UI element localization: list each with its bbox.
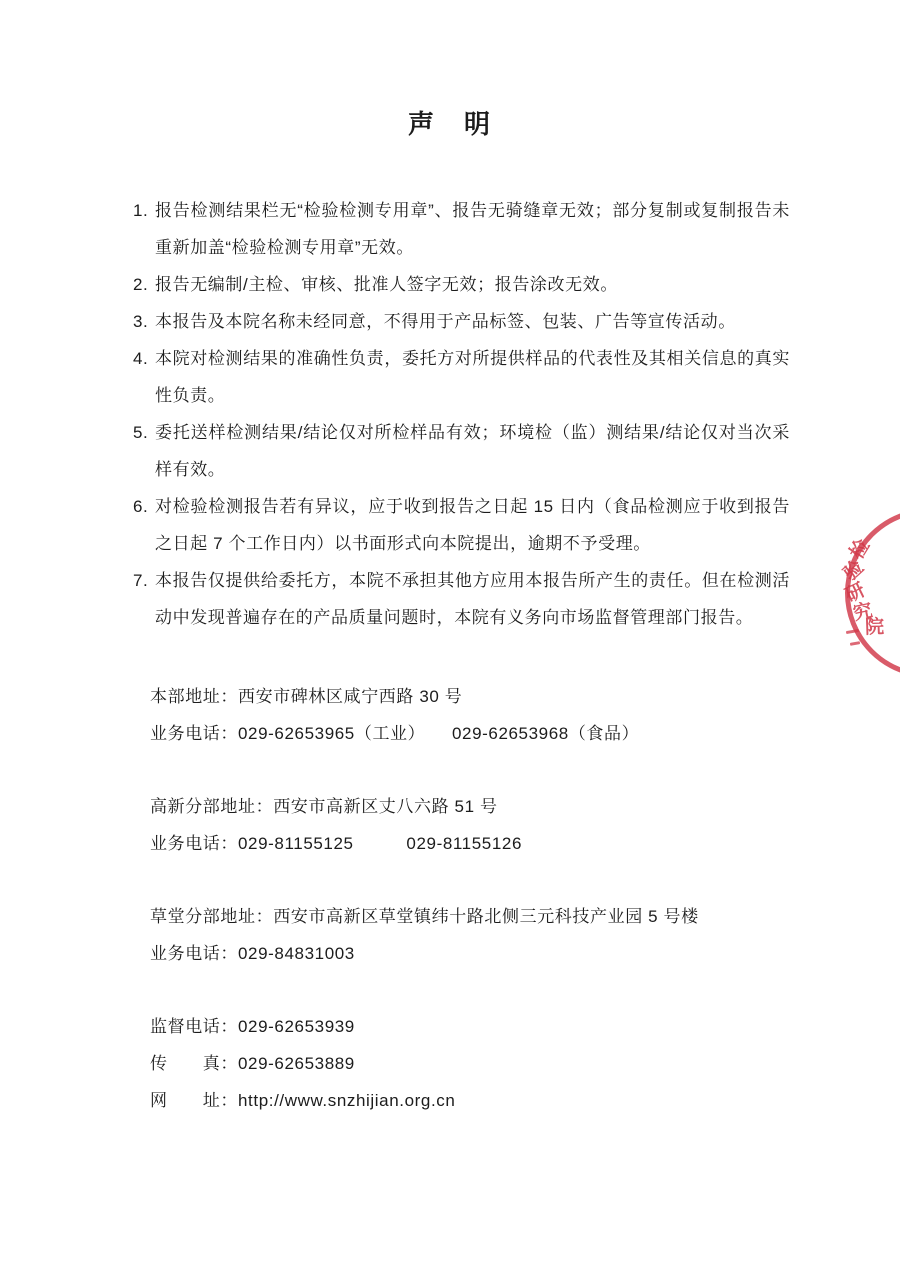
statement-list: 1. 报告检测结果栏无“检验检测专用章”、报告无骑缝章无效；部分复制或复制报告未…: [133, 192, 790, 636]
item-text: 委托送样检测结果/结论仅对所检样品有效；环境检（监）测结果/结论仅对当次采样有效…: [155, 414, 790, 488]
statement-item-1: 1. 报告检测结果栏无“检验检测专用章”、报告无骑缝章无效；部分复制或复制报告未…: [133, 192, 790, 266]
page-content: 1. 报告检测结果栏无“检验检测专用章”、报告无骑缝章无效；部分复制或复制报告未…: [0, 192, 900, 1119]
item-text: 报告无编制/主检、审核、批准人签字无效；报告涂改无效。: [155, 266, 790, 303]
caotang-branch-phone: 业务电话：029-84831003: [150, 935, 790, 972]
gaoxin-branch-address: 高新分部地址：西安市高新区丈八六路 51 号: [150, 788, 790, 825]
statement-item-5: 5. 委托送样检测结果/结论仅对所检样品有效；环境检（监）测结果/结论仅对当次采…: [133, 414, 790, 488]
item-number: 1.: [133, 192, 155, 266]
statement-item-3: 3. 本报告及本院名称未经同意，不得用于产品标签、包装、广告等宣传活动。: [133, 303, 790, 340]
statement-item-2: 2. 报告无编制/主检、审核、批准人签字无效；报告涂改无效。: [133, 266, 790, 303]
headquarters-phone: 业务电话：029-62653965（工业） 029-62653968（食品）: [150, 715, 790, 752]
item-number: 3.: [133, 303, 155, 340]
statement-page: 声 明 1. 报告检测结果栏无“检验检测专用章”、报告无骑缝章无效；部分复制或复…: [0, 0, 900, 1288]
page-title: 声 明: [0, 108, 900, 140]
item-number: 4.: [133, 340, 155, 414]
item-number: 2.: [133, 266, 155, 303]
statement-item-6: 6. 对检验检测报告若有异议，应于收到报告之日起 15 日内（食品检测应于收到报…: [133, 488, 790, 562]
contact-group-gaoxin-branch: 高新分部地址：西安市高新区丈八六路 51 号 业务电话：029-81155125…: [150, 788, 790, 862]
item-number: 5.: [133, 414, 155, 488]
item-text: 本报告及本院名称未经同意，不得用于产品标签、包装、广告等宣传活动。: [155, 303, 790, 340]
gaoxin-branch-phone: 业务电话：029-81155125 029-81155126: [150, 825, 790, 862]
contact-group-headquarters: 本部地址：西安市碑林区咸宁西路 30 号 业务电话：029-62653965（工…: [150, 678, 790, 752]
fax-number: 传 真：029-62653889: [150, 1045, 790, 1082]
item-number: 7.: [133, 562, 155, 636]
item-text: 报告检测结果栏无“检验检测专用章”、报告无骑缝章无效；部分复制或复制报告未重新加…: [155, 192, 790, 266]
statement-item-7: 7. 本报告仅提供给委托方，本院不承担其他方应用本报告所产生的责任。但在检测活动…: [133, 562, 790, 636]
contact-group-misc: 监督电话：029-62653939 传 真：029-62653889 网 址：h…: [150, 1008, 790, 1119]
item-text: 本报告仅提供给委托方，本院不承担其他方应用本报告所产生的责任。但在检测活动中发现…: [155, 562, 790, 636]
headquarters-address: 本部地址：西安市碑林区咸宁西路 30 号: [150, 678, 790, 715]
item-text: 对检验检测报告若有异议，应于收到报告之日起 15 日内（食品检测应于收到报告之日…: [155, 488, 790, 562]
item-text: 本院对检测结果的准确性负责，委托方对所提供样品的代表性及其相关信息的真实性负责。: [155, 340, 790, 414]
contact-info: 本部地址：西安市碑林区咸宁西路 30 号 业务电话：029-62653965（工…: [150, 678, 790, 1119]
contact-group-caotang-branch: 草堂分部地址：西安市高新区草堂镇纬十路北侧三元科技产业园 5 号楼 业务电话：0…: [150, 898, 790, 972]
statement-item-4: 4. 本院对检测结果的准确性负责，委托方对所提供样品的代表性及其相关信息的真实性…: [133, 340, 790, 414]
supervision-phone: 监督电话：029-62653939: [150, 1008, 790, 1045]
caotang-branch-address: 草堂分部地址：西安市高新区草堂镇纬十路北侧三元科技产业园 5 号楼: [150, 898, 790, 935]
website-url: 网 址：http://www.snzhijian.org.cn: [150, 1082, 790, 1119]
item-number: 6.: [133, 488, 155, 562]
